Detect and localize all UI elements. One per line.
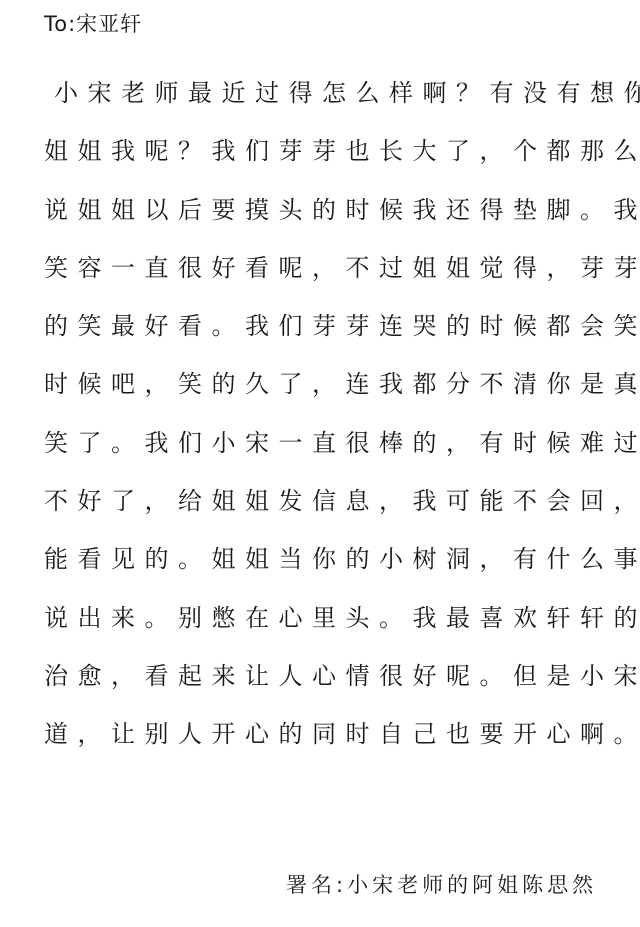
letter-salutation: To:宋亚轩: [44, 10, 142, 38]
letter-line: 道，让别人开心的同时自己也要开心啊。: [44, 717, 604, 775]
letter-line: 笑了。我们小宋一直很棒的，有时候难过了，心情: [44, 426, 604, 484]
letter-line: 说姐姐以后要摸头的时候我还得垫脚。我们芽芽的: [44, 193, 604, 251]
letter-line: 小宋老师最近过得怎么样啊？有没有想你亲爱的: [44, 76, 604, 134]
letter-line: 说出来。别憋在心里头。我最喜欢轩轩的笑了，很: [44, 601, 604, 659]
letter-line: 不好了，给姐姐发信息，我可能不会回，但我一定: [44, 484, 604, 542]
letter-line: 笑容一直很好看呢，不过姐姐觉得，芽芽发自内心: [44, 251, 604, 309]
handwritten-letter: To:宋亚轩 小宋老师最近过得怎么样啊？有没有想你亲爱的 姐姐我呢？我们芽芽也长…: [0, 0, 640, 927]
letter-signature: 署名:小宋老师的阿姐陈思然: [286, 870, 597, 900]
letter-line: 能看见的。姐姐当你的小树洞，有什么事情一定要: [44, 542, 604, 600]
letter-line: 的笑最好看。我们芽芽连哭的时候都会笑。可是有: [44, 309, 604, 367]
letter-body: 小宋老师最近过得怎么样啊？有没有想你亲爱的 姐姐我呢？我们芽芽也长大了，个都那么…: [44, 76, 604, 776]
letter-line: 时候吧，笑的久了，连我都分不清你是真笑还是假: [44, 367, 604, 425]
letter-line: 治愈，看起来让人心情很好呢。但是小宋老师要知: [44, 659, 604, 717]
letter-line: 姐姐我呢？我们芽芽也长大了，个都那么高了，你: [44, 134, 604, 192]
